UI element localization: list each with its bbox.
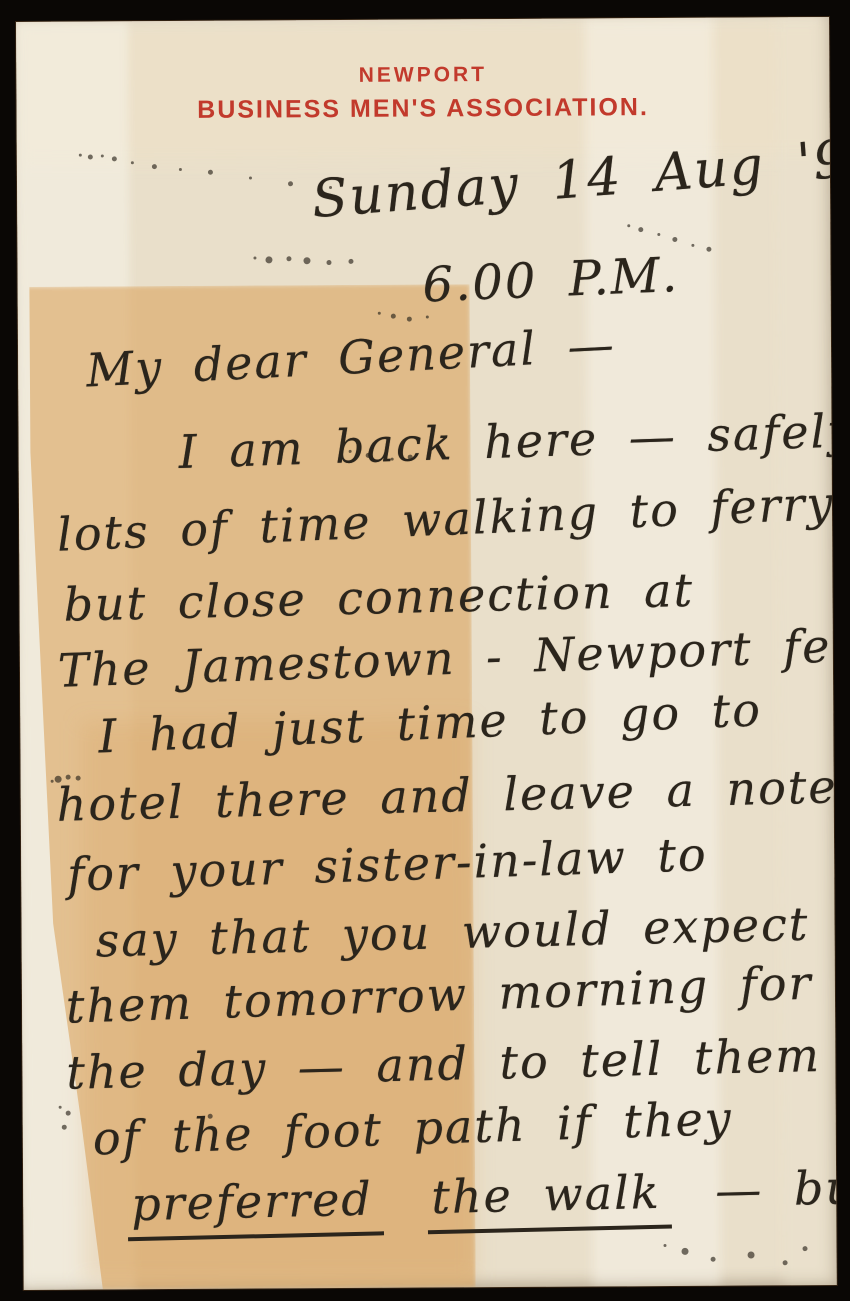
ink-smudge bbox=[79, 154, 82, 157]
handwritten-date-line: Sunday 14 Aug '92 bbox=[310, 127, 837, 230]
underlined-word-preferred: preferred bbox=[127, 1171, 384, 1241]
letter-page: NEWPORT BUSINESS MEN'S ASSOCIATION. Sund… bbox=[16, 17, 837, 1290]
photo-background: NEWPORT BUSINESS MEN'S ASSOCIATION. Sund… bbox=[0, 0, 850, 1301]
letterhead-organization: BUSINESS MEN'S ASSOCIATION. bbox=[16, 92, 829, 126]
handwritten-time-line: 6.00 P.M. bbox=[421, 247, 679, 313]
ink-smudge bbox=[253, 257, 256, 260]
ink-smudge bbox=[378, 312, 381, 315]
last-line-tail: — but I bbox=[715, 1158, 837, 1217]
ink-smudge bbox=[663, 1244, 666, 1247]
underlined-words-the-walk: the walk bbox=[427, 1165, 672, 1235]
ink-smudge bbox=[51, 780, 54, 783]
ink-smudge bbox=[59, 1106, 62, 1109]
letterhead: NEWPORT BUSINESS MEN'S ASSOCIATION. bbox=[16, 61, 829, 126]
letterhead-city: NEWPORT bbox=[16, 61, 829, 90]
ink-smudge bbox=[627, 224, 630, 227]
